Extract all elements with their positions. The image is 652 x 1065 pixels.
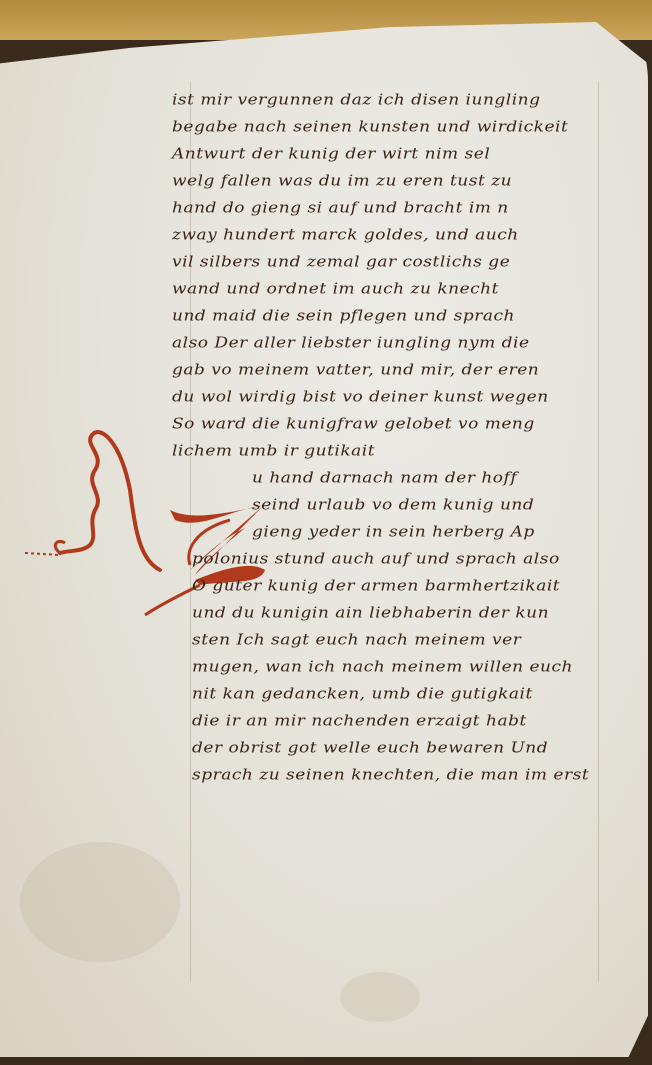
stain [20,842,180,962]
text-line: ist mir vergunnen daz ich disen iungling [172,92,540,109]
text-line: der obrist got welle euch bewaren Und [192,740,548,757]
text-line: du wol wirdig bist vo deiner kunst wegen [172,389,549,406]
text-line: vil silbers und zemal gar costlichs ge [172,254,510,271]
text-line: also Der aller liebster iungling nym die [172,335,530,352]
text-line: O guter kunig der armen barmhertzikait [192,578,560,595]
text-line: wand und ordnet im auch zu knecht [172,281,499,298]
text-line: sten Ich sagt euch nach meinem ver [192,632,521,649]
text-line: welg fallen was du im zu eren tust zu [172,173,512,190]
text-line: begabe nach seinen kunsten und wirdickei… [172,119,568,136]
text-line: Antwurt der kunig der wirt nim sel [172,146,490,163]
text-line: lichem umb ir gutikait [172,443,375,460]
stain [340,972,420,1022]
text-line: gab vo meinem vatter, und mir, der eren [172,362,539,379]
text-line: polonius stund auch auf und sprach also [192,551,560,568]
text-line: nit kan gedancken, umb die gutigkait [192,686,533,703]
text-line: hand do gieng si auf und bracht im n [172,200,509,217]
text-line: und du kunigin ain liebhaberin der kun [192,605,549,622]
ruling-line [598,82,599,982]
text-line: gieng yeder in sein herberg Ap [252,524,535,541]
text-line: und maid die sein pflegen und sprach [172,308,515,325]
text-line: u hand darnach nam der hoff [252,470,517,487]
text-line: sprach zu seinen knechten, die man im er… [192,767,589,784]
text-line: So ward die kunigfraw gelobet vo meng [172,416,535,433]
text-line: seind urlaub vo dem kunig und [252,497,534,514]
text-line: die ir an mir nachenden erzaigt habt [192,713,527,730]
text-line: zway hundert marck goldes, und auch [172,227,519,244]
text-line: mugen, wan ich nach meinem willen euch [192,659,573,676]
